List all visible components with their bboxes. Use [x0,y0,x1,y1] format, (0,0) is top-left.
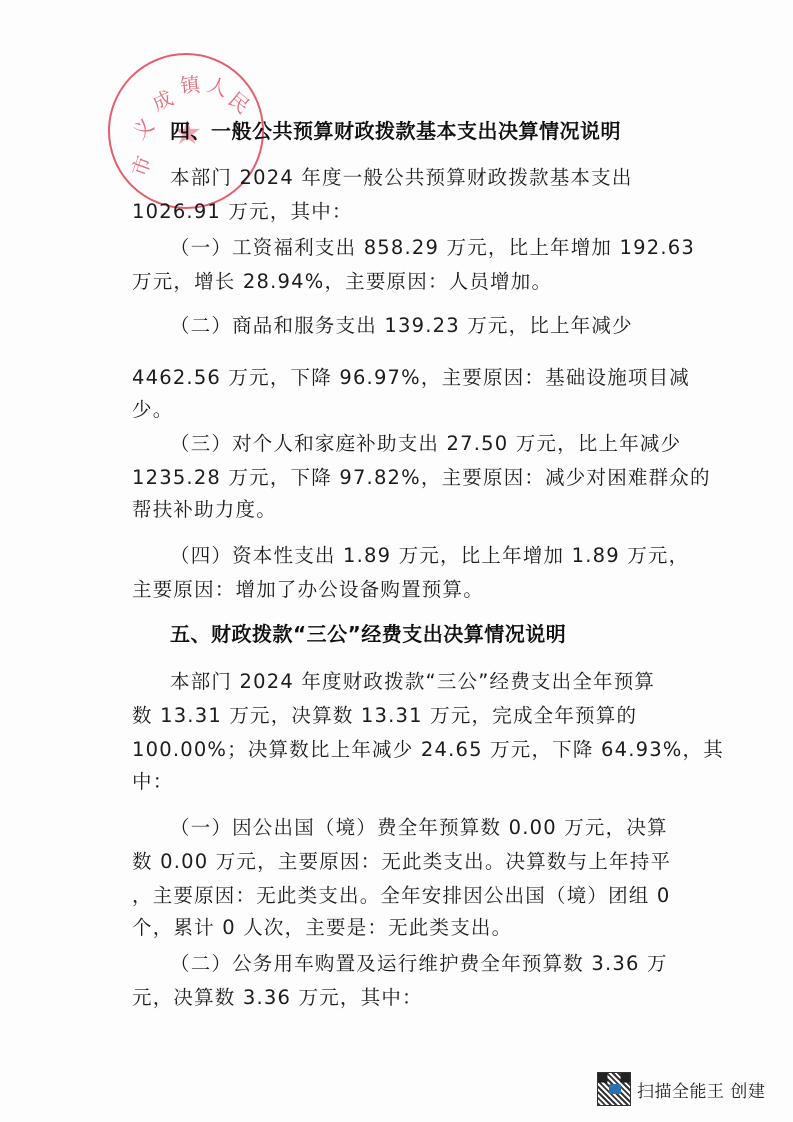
scanner-watermark: 扫描全能王 创建 [597,1072,765,1106]
qr-code-icon [597,1072,631,1106]
paragraph-line: 数 0.00 万元，主要原因：无此类支出。决算数与上年持平 [132,850,671,874]
paragraph-line: 数 13.31 万元，决算数 13.31 万元，完成全年预算的 [132,704,637,728]
paragraph-line: 万元，增长 28.94%，主要原因：人员增加。 [132,270,552,294]
paragraph-line: （二）公务用车购置及运行维护费全年预算数 3.36 万 [170,952,668,976]
document-page: 市 义 成 镇 人 民 ★ 四、一般公共预算财政拨款基本支出决算情况说明 本部门… [0,0,793,1122]
paragraph-line: 4462.56 万元，下降 96.97%，主要原因：基础设施项目减 [132,366,690,390]
stamp-char: 镇 [179,68,201,99]
paragraph-line: 个，累计 0 人次，主要是：无此类支出。 [132,916,512,940]
paragraph-line: 少。 [132,398,173,422]
paragraph-line: （四）资本性支出 1.89 万元，比上年增加 1.89 万元， [170,544,689,568]
paragraph-line: 本部门 2024 年度财政拨款“三公”经费支出全年预算 [170,670,655,694]
paragraph-line: 元，决算数 3.36 万元，其中： [132,986,423,1010]
watermark-text: 扫描全能王 创建 [637,1077,765,1102]
paragraph-line: 主要原因：增加了办公设备购置预算。 [132,578,484,602]
paragraph-line: 本部门 2024 年度一般公共预算财政拨款基本支出 [170,166,633,190]
stamp-char: 人 [204,69,232,103]
paragraph-line: 中： [132,770,173,794]
paragraph-line: （二）商品和服务支出 139.23 万元，比上年减少 [170,314,633,338]
paragraph-line: 1235.28 万元，下降 97.82%，主要原因：减少对困难群众的 [132,466,711,490]
stamp-char: 成 [147,82,177,117]
paragraph-line: 100.00%；决算数比上年减少 24.65 万元，下降 64.93%，其 [132,738,724,762]
paragraph-line: 1026.91 万元，其中： [132,200,353,224]
section-4-heading: 四、一般公共预算财政拨款基本支出决算情况说明 [170,119,621,143]
paragraph-line: 帮扶补助力度。 [132,498,277,522]
paragraph-line: （三）对个人和家庭补助支出 27.50 万元，比上年减少 [170,432,681,456]
stamp-char: 民 [223,84,257,119]
paragraph-line: ，主要原因：无此类支出。全年安排因公出国（境）团组 0 [132,884,671,908]
paragraph-line: （一）工资福利支出 858.29 万元，比上年增加 192.63 [170,236,695,260]
section-5-heading: 五、财政拨款“三公”经费支出决算情况说明 [170,622,566,646]
paragraph-line: （一）因公出国（境）费全年预算数 0.00 万元，决算 [170,816,668,840]
stamp-char: 市 [123,151,157,180]
stamp-char: 义 [125,110,160,145]
